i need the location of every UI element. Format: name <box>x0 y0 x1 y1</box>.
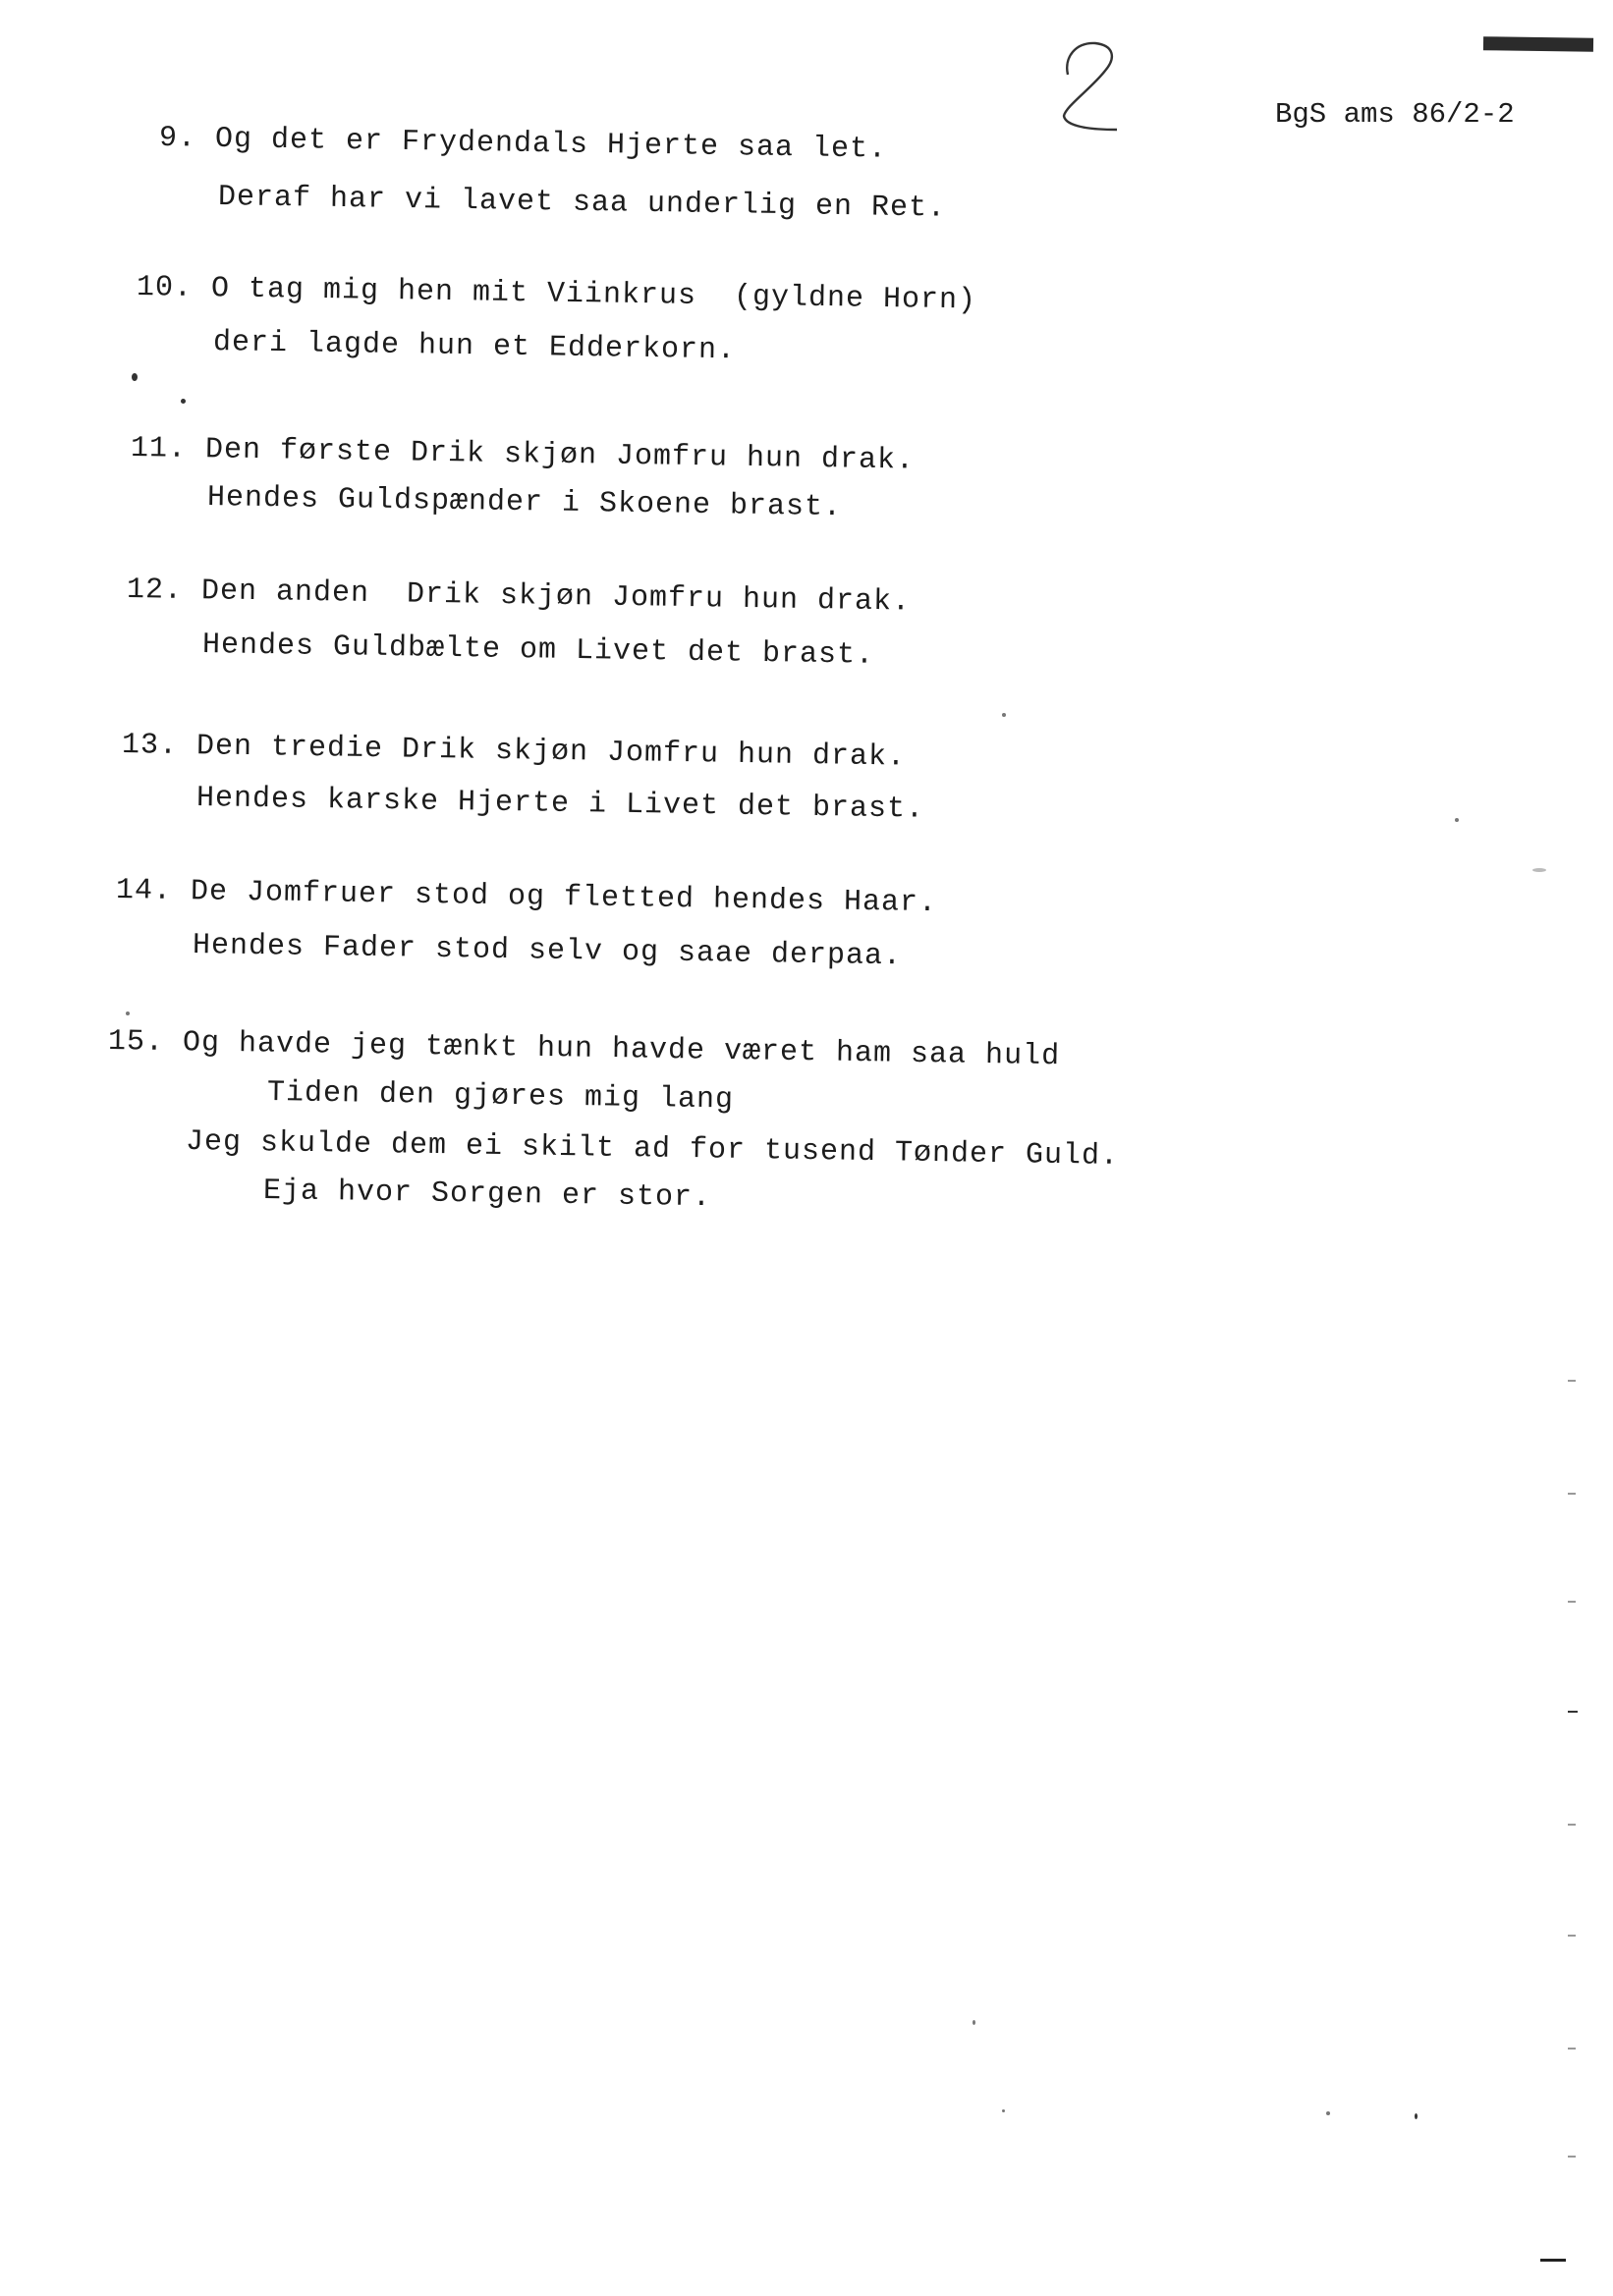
scan-speck <box>126 1011 130 1015</box>
scan-edge-mark <box>1568 1824 1576 1826</box>
scan-edge-mark <box>1568 2156 1576 2158</box>
scan-speck <box>181 399 186 404</box>
scan-edge-mark <box>1568 1493 1576 1495</box>
scan-edge-mark <box>1568 2048 1576 2050</box>
verse-15-line-4: Eja hvor Sorgen er stor. <box>263 1175 712 1215</box>
scan-mark <box>1483 36 1593 52</box>
handwritten-page-number <box>1056 37 1135 136</box>
scan-edge-mark <box>1568 1711 1578 1713</box>
verse-number: 11. <box>131 432 188 466</box>
scan-edge-mark <box>1568 1380 1576 1382</box>
scan-edge-mark <box>1540 2259 1566 2262</box>
scan-speck <box>1455 818 1459 822</box>
scan-speck <box>1415 2113 1418 2119</box>
verse-number: 15. <box>108 1025 165 1060</box>
verse-10-line-2: deri lagde hun et Edderkorn. <box>213 326 737 367</box>
scan-edge-mark <box>1568 1935 1576 1937</box>
scan-speck <box>132 373 138 381</box>
verse-number: 9. <box>159 122 197 156</box>
scan-speck <box>1326 2111 1330 2115</box>
verse-9-line-1: 9. Og det er Frydendals Hjerte saa let. <box>159 122 888 167</box>
verse-10-line-1: 10. O tag mig hen mit Viinkrus (gyldne H… <box>137 271 977 317</box>
verse-11-line-1: 11. Den første Drik skjøn Jomfru hun dra… <box>131 432 916 478</box>
verse-15-line-1: 15. Og havde jeg tænkt hun havde været h… <box>108 1025 1061 1073</box>
scan-edge-mark <box>1568 1601 1576 1603</box>
scan-speck <box>1002 713 1006 717</box>
scan-speck <box>973 2020 975 2025</box>
verse-9-line-2: Deraf har vi lavet saa underlig en Ret. <box>218 181 947 226</box>
verse-14-line-1: 14. De Jomfruer stod og fletted hendes H… <box>116 874 938 920</box>
verse-12-line-2: Hendes Guldbælte om Livet det brast. <box>202 629 875 673</box>
verse-15-line-2: Tiden den gjøres mig lang <box>267 1076 735 1117</box>
verse-number: 14. <box>116 874 173 908</box>
scan-speck <box>1532 868 1546 872</box>
archive-reference: BgS ams 86/2-2 <box>1275 98 1515 131</box>
verse-14-line-2: Hendes Fader stod selv og saae derpaa. <box>193 929 903 973</box>
verse-number: 12. <box>127 574 184 608</box>
verse-13-line-1: 13. Den tredie Drik skjøn Jomfru hun dra… <box>122 729 907 775</box>
verse-11-line-2: Hendes Guldspænder i Skoene brast. <box>207 481 843 524</box>
verse-number: 13. <box>122 729 179 763</box>
verse-number: 10. <box>137 271 194 305</box>
verse-12-line-1: 12. Den anden Drik skjøn Jomfru hun drak… <box>127 574 912 620</box>
verse-15-line-3: Jeg skulde dem ei skilt ad for tusend Tø… <box>186 1125 1120 1174</box>
verse-13-line-2: Hendes karske Hjerte i Livet det brast. <box>196 782 925 827</box>
scan-speck <box>1002 2109 1005 2112</box>
